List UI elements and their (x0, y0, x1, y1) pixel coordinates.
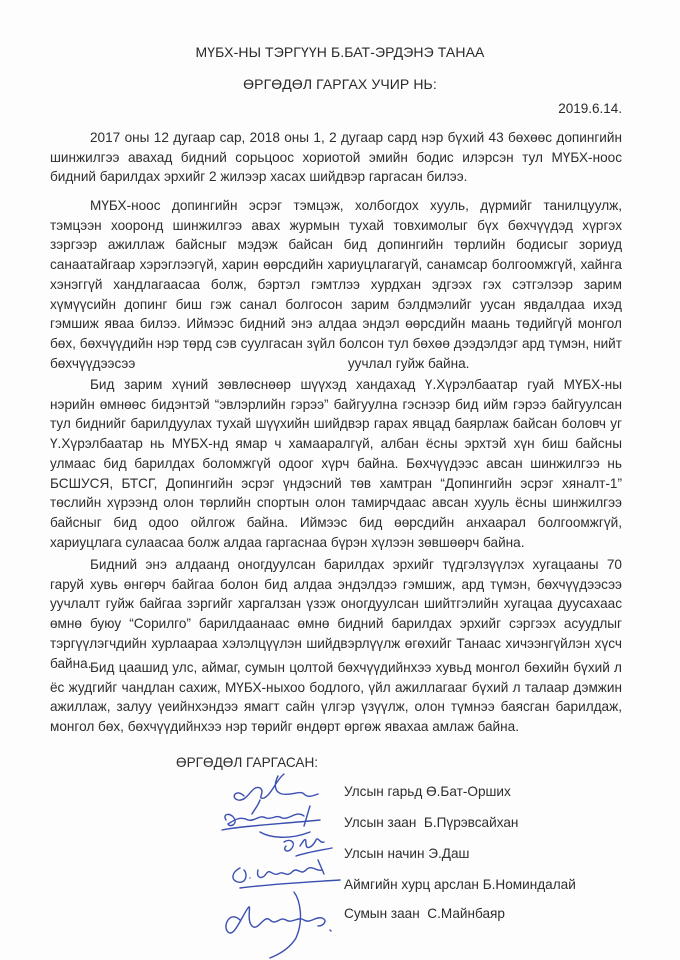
paragraph-text: МҮБХ-ноос допингийн эсрэг тэмцэж, холбог… (50, 196, 622, 373)
letter-date: 2019.6.14. (558, 101, 622, 116)
paragraph-text: 2017 оны 12 дугаар сар, 2018 оны 1, 2 ду… (50, 128, 622, 187)
paragraph-text: Бид зарим хүний зөвлөснөөр шүүхэд хандах… (50, 375, 622, 552)
signer-4: Аймгийн хурц арслан Б.Номиндалай (344, 877, 576, 892)
paragraph-3: Бид зарим хүний зөвлөснөөр шүүхэд хандах… (50, 375, 622, 552)
letter-addressee: МҮБХ-НЫ ТЭРГҮҮН Б.БАТ-ЭРДЭНЭ ТАНАА (0, 44, 680, 60)
letter-page: МҮБХ-НЫ ТЭРГҮҮН Б.БАТ-ЭРДЭНЭ ТАНАА ӨРГӨД… (0, 0, 680, 960)
handwritten-signatures-icon (200, 770, 360, 960)
paragraph-4: Бидний энэ алдаанд оногдуулсан барилдах … (50, 555, 622, 673)
paragraph-text: Бид цаашид улс, аймаг, сумын цолтой бөхч… (50, 658, 622, 737)
paragraph-1: 2017 оны 12 дугаар сар, 2018 оны 1, 2 ду… (50, 128, 622, 187)
signer-5: Сумын заан С.Майнбаяр (344, 906, 505, 921)
paragraph-text-tail: уучлал гуйж байна. (348, 356, 470, 371)
paragraph-text: Бидний энэ алдаанд оногдуулсан барилдах … (50, 555, 622, 673)
signer-3: Улсын начин Э.Даш (344, 846, 469, 861)
paragraph-text-main: МҮБХ-ноос допингийн эсрэг тэмцэж, холбог… (50, 198, 622, 371)
letter-subject: ӨРГӨДӨЛ ГАРГАХ УЧИР НЬ: (0, 76, 680, 92)
paragraph-2: МҮБХ-ноос допингийн эсрэг тэмцэж, холбог… (50, 196, 622, 373)
signed-by-label: ӨРГӨДӨЛ ГАРГАСАН: (176, 755, 318, 770)
paragraph-5: Бид цаашид улс, аймаг, сумын цолтой бөхч… (50, 658, 622, 737)
signer-1: Улсын гарьд Ө.Бат-Орших (344, 784, 511, 799)
signer-2: Улсын заан Б.Пүрэвсайхан (344, 815, 518, 830)
